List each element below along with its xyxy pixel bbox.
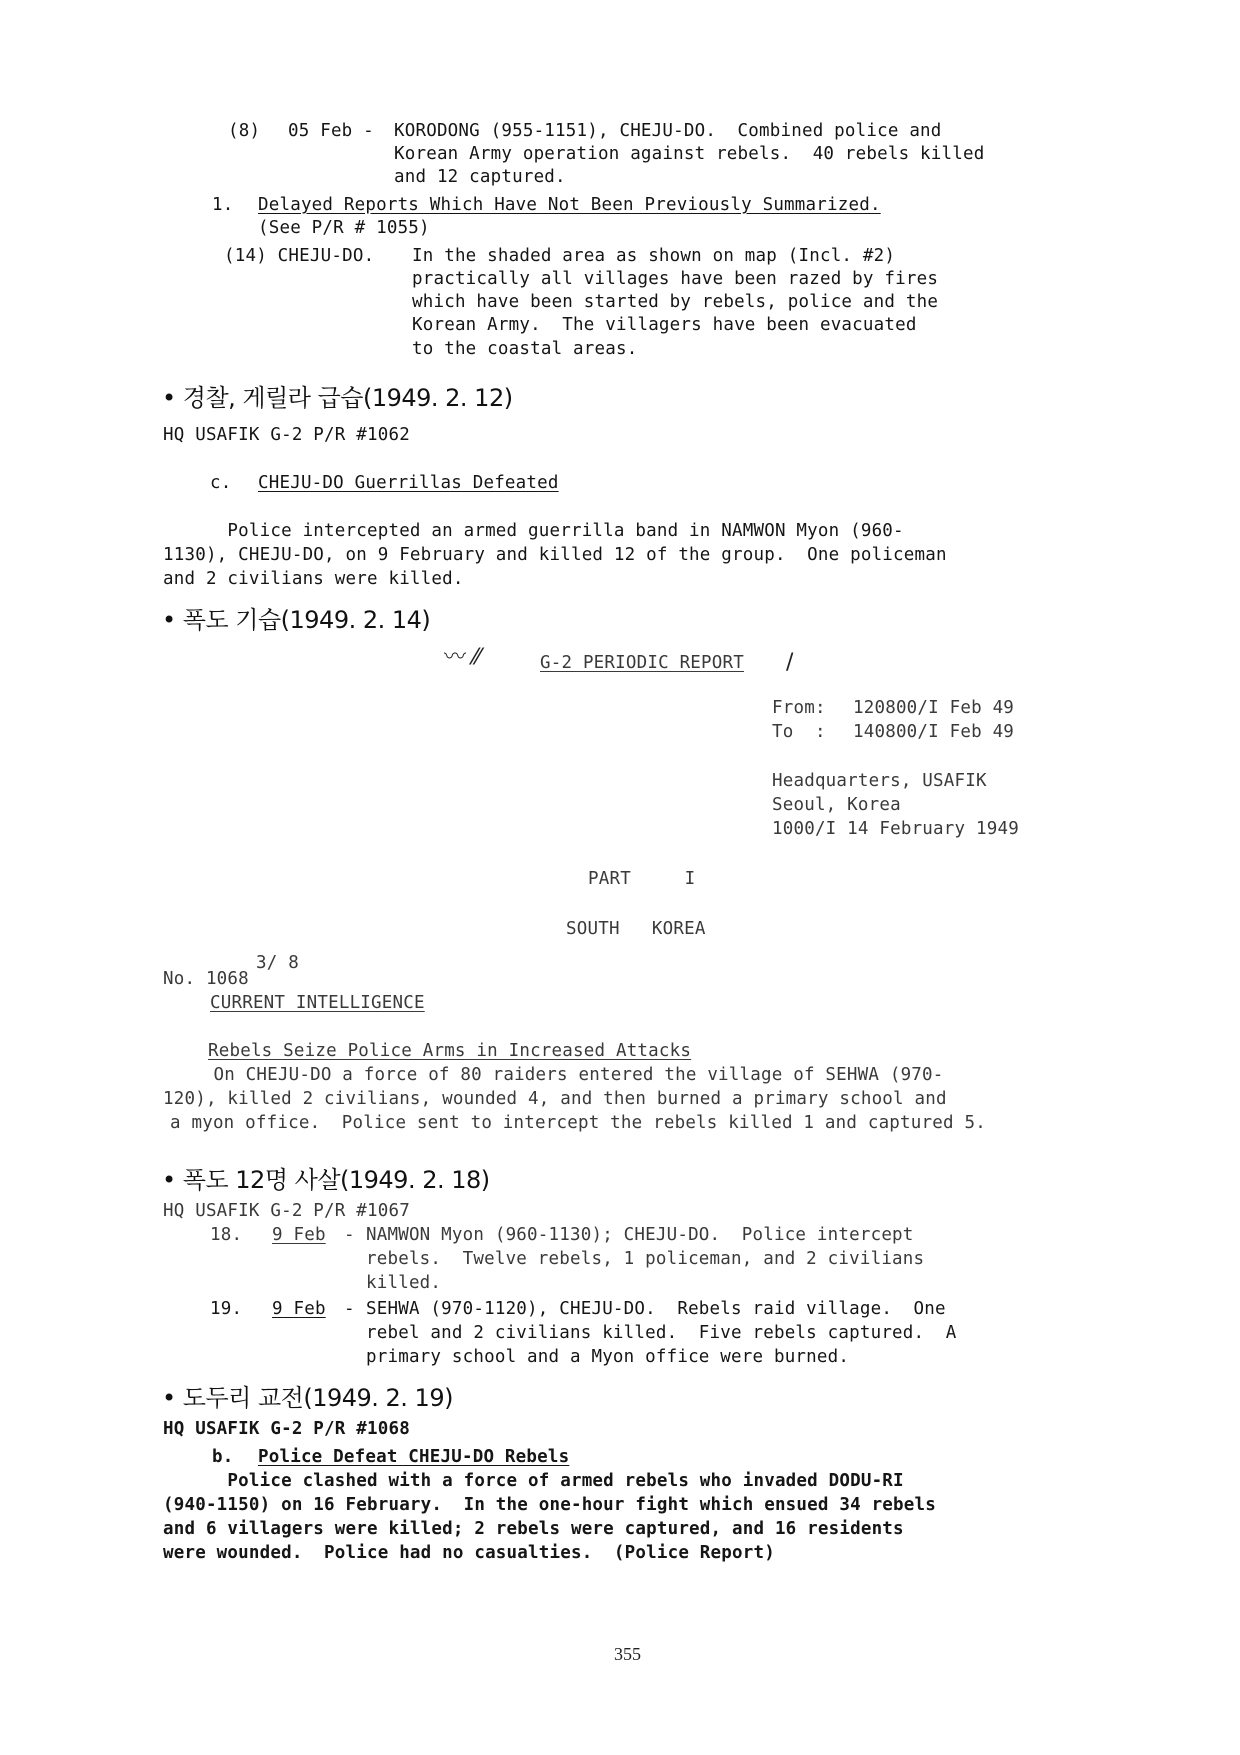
korean-heading-police-raid: • 경찰, 게릴라 급습(1949. 2. 12) <box>162 378 513 413</box>
item-18-line-1: NAMWON Myon (960-1130); CHEJU-DO. Police… <box>366 1224 914 1247</box>
report-title: G-2 PERIODIC REPORT <box>540 652 744 675</box>
page-number: 355 <box>614 1644 641 1665</box>
hq-line-3: 1000/I 14 February 1949 <box>772 818 1019 841</box>
report-number: No. 1068 <box>163 968 249 991</box>
item-14-label: (14) CHEJU-DO. <box>224 245 374 268</box>
item-19-number: 19. <box>210 1298 242 1321</box>
part-label: PART I <box>588 868 695 891</box>
source-1068: HQ USAFIK G-2 P/R #1068 <box>163 1418 410 1441</box>
sub-label-c: c. <box>210 472 231 495</box>
item-8-line-1: KORODONG (955-1151), CHEJU-DO. Combined … <box>394 120 942 143</box>
item-14-line-5: to the coastal areas. <box>412 338 637 361</box>
paragraph-1068-line-2: 120), killed 2 civilians, wounded 4, and… <box>163 1088 947 1111</box>
paragraph-1068-line-3: a myon office. Police sent to intercept … <box>170 1112 986 1135</box>
item-8-number: (8) <box>228 120 260 143</box>
handwritten-annotation: 3/ 8 <box>256 952 299 975</box>
item-8-line-3: and 12 captured. <box>394 166 566 189</box>
handwritten-scribble-icon: 〰 ⁄⁄ <box>444 640 480 671</box>
item-14-line-2: practically all villages have been razed… <box>412 268 938 291</box>
item-14-line-1: In the shaded area as shown on map (Incl… <box>412 245 895 268</box>
hq-line-2: Seoul, Korea <box>772 794 901 817</box>
item-8-line-2: Korean Army operation against rebels. 40… <box>394 143 984 166</box>
item-18-number: 18. <box>210 1224 242 1247</box>
from-value: 120800/I Feb 49 <box>853 697 1014 720</box>
from-label: From: <box>772 697 826 720</box>
headline-rebels-seize-arms: Rebels Seize Police Arms in Increased At… <box>208 1040 691 1063</box>
item-19-date: 9 Feb <box>272 1298 326 1321</box>
paragraph-dodu-line-4: were wounded. Police had no casualties. … <box>163 1542 775 1565</box>
to-label: To : <box>772 721 826 744</box>
paragraph-1068-line-1: On CHEJU-DO a force of 80 raiders entere… <box>192 1064 944 1087</box>
subheading-police-defeat-rebels: Police Defeat CHEJU-DO Rebels <box>258 1446 569 1469</box>
source-1062: HQ USAFIK G-2 P/R #1062 <box>163 424 410 447</box>
item-14-line-4: Korean Army. The villagers have been eva… <box>412 314 917 337</box>
source-1067: HQ USAFIK G-2 P/R #1067 <box>163 1200 410 1223</box>
item-19-line-1: SEHWA (970-1120), CHEJU-DO. Rebels raid … <box>366 1298 946 1321</box>
document-page: (8) 05 Feb - KORODONG (955-1151), CHEJU-… <box>0 0 1240 1755</box>
paragraph-dodu-line-3: and 6 villagers were killed; 2 rebels we… <box>163 1518 904 1541</box>
slash-mark-icon: / <box>786 650 793 675</box>
hq-line-1: Headquarters, USAFIK <box>772 770 987 793</box>
item-18-line-2: rebels. Twelve rebels, 1 policeman, and … <box>366 1248 924 1271</box>
item-19-line-2: rebel and 2 civilians killed. Five rebel… <box>366 1322 956 1345</box>
paragraph-1062-line-2: 1130), CHEJU-DO, on 9 February and kille… <box>163 544 947 567</box>
section-reference: (See P/R # 1055) <box>258 217 430 240</box>
item-19-dash: - <box>344 1298 355 1321</box>
item-14-line-3: which have been started by rebels, polic… <box>412 291 938 314</box>
subheading-guerrillas-defeated: CHEJU-DO Guerrillas Defeated <box>258 472 559 495</box>
section-number: 1. <box>212 194 233 217</box>
current-intelligence-heading: CURRENT INTELLIGENCE <box>210 992 425 1015</box>
region-label: SOUTH KOREA <box>566 918 706 941</box>
paragraph-dodu-line-1: Police clashed with a force of armed reb… <box>163 1470 904 1493</box>
sub-label-b: b. <box>212 1446 233 1469</box>
section-heading: Delayed Reports Which Have Not Been Prev… <box>258 194 881 217</box>
item-18-line-3: killed. <box>366 1272 441 1295</box>
paragraph-dodu-line-2: (940-1150) on 16 February. In the one-ho… <box>163 1494 936 1517</box>
item-8-date: 05 Feb - <box>288 120 374 143</box>
paragraph-1062-line-1: Police intercepted an armed guerrilla ba… <box>163 520 904 543</box>
item-18-dash: - <box>344 1224 355 1247</box>
korean-heading-rebel-attack: • 폭도 기습(1949. 2. 14) <box>162 600 430 635</box>
item-19-line-3: primary school and a Myon office were bu… <box>366 1346 849 1369</box>
korean-heading-dodu-ri-battle: • 도두리 교전(1949. 2. 19) <box>162 1378 453 1413</box>
item-18-date: 9 Feb <box>272 1224 326 1247</box>
paragraph-1062-line-3: and 2 civilians were killed. <box>163 568 464 591</box>
korean-heading-12-rebels-killed: • 폭도 12명 사살(1949. 2. 18) <box>162 1160 490 1195</box>
to-value: 140800/I Feb 49 <box>853 721 1014 744</box>
